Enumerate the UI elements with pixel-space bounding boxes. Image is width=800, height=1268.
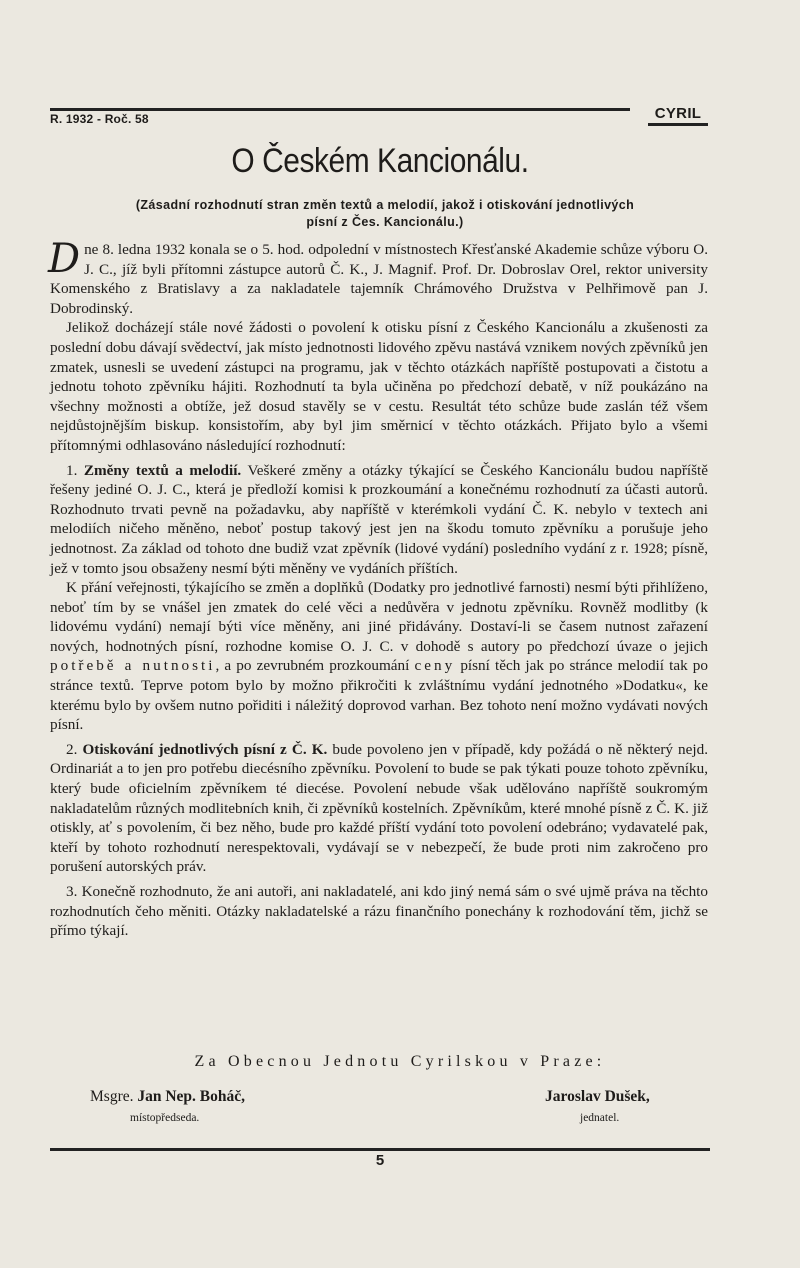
journal-name: CYRIL bbox=[648, 105, 708, 126]
emphasis-value: ceny bbox=[415, 657, 456, 674]
decision-1-heading: Změny textů a melodií. bbox=[84, 462, 241, 479]
article-title: O Českém Kancionálu. bbox=[46, 142, 715, 181]
signature-left-role: místopředseda. bbox=[130, 1112, 199, 1124]
public-request-text-b: , a po zevrubném prozkoumání bbox=[216, 657, 410, 674]
page-number: 5 bbox=[0, 1152, 760, 1169]
signature-left-prefix: Msgre. bbox=[90, 1088, 133, 1105]
decision-2-heading: Otiskování jednotlivých písní z Č. K. bbox=[82, 741, 327, 758]
decision-2-paragraph: 2. Otiskování jednotlivých písní z Č. K.… bbox=[50, 740, 708, 877]
context-paragraph: Jelikož docházejí stále nové žádosti o p… bbox=[50, 318, 708, 455]
decision-2-text: bude povoleno jen v případě, kdy požádá … bbox=[50, 741, 708, 876]
signature-right: Jaroslav Dušek, bbox=[545, 1088, 650, 1106]
signature-left-name: Jan Nep. Boháč, bbox=[137, 1088, 245, 1105]
header-rule bbox=[50, 108, 630, 111]
emphasis-need: potřebě a nutnosti bbox=[50, 657, 216, 674]
signature-right-role: jednatel. bbox=[580, 1112, 619, 1124]
public-request-paragraph: K přání veřejnosti, týkajícího se změn a… bbox=[50, 578, 708, 735]
decision-3-paragraph: 3. Konečně rozhodnuto, že ani autoři, an… bbox=[50, 882, 708, 941]
decision-1-number: 1. bbox=[66, 462, 77, 479]
closing-line: Za Obecnou Jednotu Cyrilskou v Praze: bbox=[0, 1053, 800, 1071]
document-page: R. 1932 - Roč. 58 CYRIL O Českém Kancion… bbox=[0, 0, 800, 1268]
article-body: Dne 8. ledna 1932 konala se o 5. hod. od… bbox=[50, 240, 708, 941]
drop-cap: D bbox=[48, 242, 80, 276]
decision-2-number: 2. bbox=[66, 741, 77, 758]
intro-text: ne 8. ledna 1932 konala se o 5. hod. odp… bbox=[50, 241, 708, 317]
issue-label: R. 1932 - Roč. 58 bbox=[50, 112, 149, 126]
footer-rule bbox=[50, 1148, 710, 1151]
public-request-text-a: K přání veřejnosti, týkajícího se změn a… bbox=[50, 579, 708, 655]
signature-left: Msgre. Jan Nep. Boháč, bbox=[90, 1088, 245, 1106]
subtitle-line-1: (Zásadní rozhodnutí stran změn textů a m… bbox=[55, 197, 715, 214]
signature-right-name: Jaroslav Dušek, bbox=[545, 1088, 650, 1105]
subtitle-line-2: písní z Čes. Kancionálu.) bbox=[55, 214, 715, 231]
decision-1-paragraph: 1. Změny textů a melodií. Veškeré změny … bbox=[50, 461, 708, 579]
intro-paragraph: Dne 8. ledna 1932 konala se o 5. hod. od… bbox=[50, 240, 708, 318]
article-subtitle: (Zásadní rozhodnutí stran změn textů a m… bbox=[55, 197, 715, 231]
